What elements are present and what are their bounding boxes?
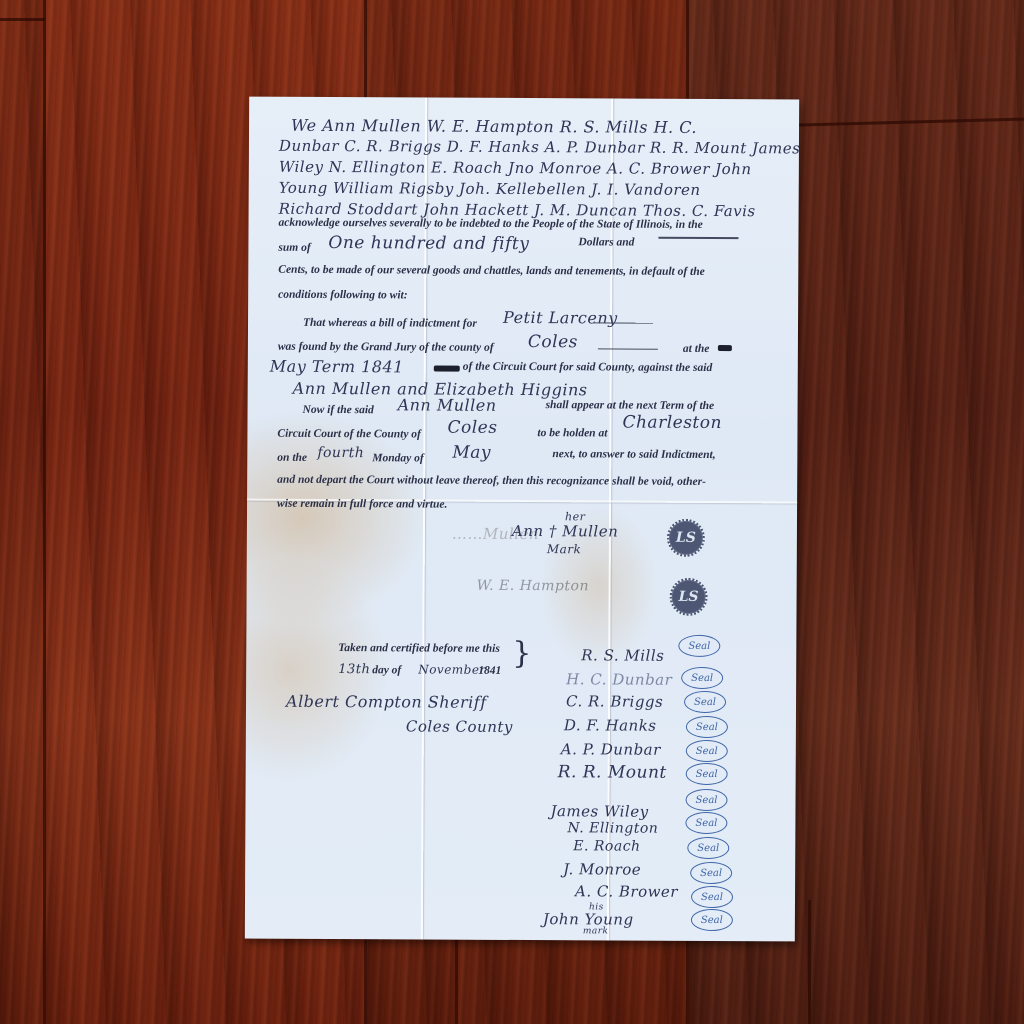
ann-mullen-signature: Ann † Mullen xyxy=(512,522,618,541)
surety-signature: R. R. Mount xyxy=(558,762,667,783)
defendant-name: Ann Mullen xyxy=(398,395,497,415)
on-the-label: on the xyxy=(277,452,307,464)
scroll-seal-icon: Seal xyxy=(678,635,720,657)
names-line: We Ann Mullen W. E. Hampton R. S. Mills … xyxy=(279,115,779,139)
offense: Petit Larceny xyxy=(503,308,618,328)
certification-line: Taken and certified before me this xyxy=(338,642,500,655)
sheriff-county: Coles County xyxy=(406,717,513,736)
surety-signature: J. Monroe xyxy=(563,860,641,878)
scroll-seal-icon: Seal xyxy=(686,716,728,738)
cert-month: November xyxy=(418,662,486,676)
brace: } xyxy=(512,636,531,671)
names-line: Young William Rigsby Joh. Kellebellen J.… xyxy=(279,178,779,202)
monday-label: Monday of xyxy=(372,452,423,464)
mark-label: Mark xyxy=(547,542,582,556)
surety-signature: N. Ellington xyxy=(567,820,658,836)
circuit-court-text: of the Circuit Court for said County, ag… xyxy=(463,361,712,374)
county-rule xyxy=(598,348,658,349)
dollars-label: Dollars and xyxy=(578,236,634,248)
condition-label: Now if the said xyxy=(303,404,374,416)
plank-seam xyxy=(0,18,45,21)
printed-acknowledge: acknowledge ourselves severally to be in… xyxy=(279,217,703,231)
plank-seam xyxy=(455,940,458,1024)
scroll-seal-icon: Seal xyxy=(690,862,732,884)
depart-text: and not depart the Court without leave t… xyxy=(277,474,706,488)
county-2: Coles xyxy=(447,418,497,438)
scroll-seal-icon: Seal xyxy=(687,837,729,859)
scroll-seal-icon: Seal xyxy=(685,812,727,834)
surety-signature: A. P. Dunbar xyxy=(561,740,661,759)
month: May xyxy=(452,443,491,463)
cert-day-of: day of xyxy=(372,664,401,676)
recognizance-document: We Ann Mullen W. E. Hampton R. S. Mills … xyxy=(245,97,799,942)
cert-day: 13th xyxy=(338,662,370,677)
scroll-seal-icon: Seal xyxy=(684,691,726,713)
place: Charleston xyxy=(622,413,722,434)
indictment-label: That whereas a bill of indictment for xyxy=(303,317,477,330)
sum-label: sum of xyxy=(278,242,310,254)
embossed-seal-icon: LS xyxy=(669,578,707,616)
answer-text: next, to answer to said Indictment, xyxy=(552,448,715,461)
ink-blot xyxy=(434,366,460,372)
surety-signature: A. C. Brower xyxy=(575,882,678,901)
term: May Term 1841 xyxy=(270,357,404,377)
circuit-county-label: Circuit Court of the County of xyxy=(277,428,421,441)
names-line: Dunbar C. R. Briggs D. F. Hanks A. P. Du… xyxy=(279,136,779,160)
printed-conditions: conditions following to wit: xyxy=(278,289,407,302)
grand-jury-label: was found by the Grand Jury of the count… xyxy=(278,341,494,354)
scroll-seal-icon: Seal xyxy=(685,789,727,811)
printed-cents: Cents, to be made of our several goods a… xyxy=(278,264,705,278)
cert-year: 1841 xyxy=(478,665,501,677)
cents-rule xyxy=(658,237,738,239)
ink-blot xyxy=(718,345,732,351)
young-mark-label: mark xyxy=(583,926,609,936)
surety-signature: C. R. Briggs xyxy=(566,692,663,711)
scroll-seal-icon: Seal xyxy=(686,740,728,762)
scroll-seal-icon: Seal xyxy=(691,909,733,931)
surety-signature: D. F. Hanks xyxy=(564,716,657,734)
bondholder-names: We Ann Mullen W. E. Hampton R. S. Mills … xyxy=(279,115,780,223)
scroll-seal-icon: Seal xyxy=(681,667,723,689)
force-text: wise remain in full force and virtue. xyxy=(277,498,447,511)
county: Coles xyxy=(528,332,578,352)
surety-signature: R. S. Mills xyxy=(581,646,664,664)
names-line: Wiley N. Ellington E. Roach Jno Monroe A… xyxy=(279,157,779,181)
embossed-seal-icon: LS xyxy=(667,519,705,557)
surety-signature: James Wiley xyxy=(550,802,648,821)
scroll-seal-icon: Seal xyxy=(691,886,733,908)
his-label: his xyxy=(589,902,604,912)
wood-plank-1 xyxy=(0,0,45,1024)
ordinal: fourth xyxy=(317,445,364,461)
plank-seam xyxy=(808,900,811,1024)
scroll-seal-icon: Seal xyxy=(686,763,728,785)
hampton-signature: W. E. Hampton xyxy=(477,578,589,595)
surety-signature: E. Roach xyxy=(573,838,640,854)
surety-signature: H. C. Dunbar xyxy=(566,670,672,689)
at-the-label: at the xyxy=(683,343,710,355)
holden-label: to be holden at xyxy=(537,427,607,439)
sheriff-signature: Albert Compton Sheriff xyxy=(286,692,487,712)
appear-text: shall appear at the next Term of the xyxy=(546,399,715,412)
sum-amount: One hundred and fifty xyxy=(328,233,529,254)
